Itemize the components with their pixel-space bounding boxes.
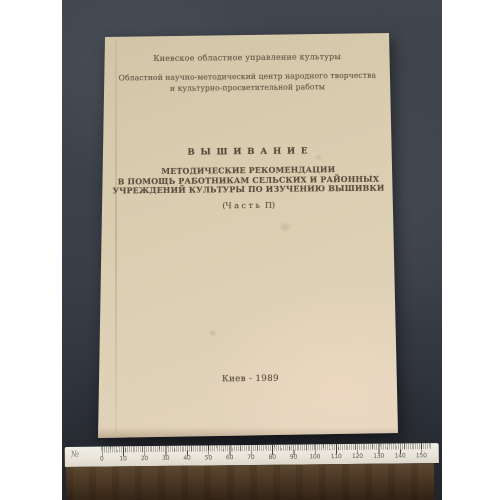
ruler-number: 10 <box>119 455 126 462</box>
booklet-title: В Ы Ш И В А Н И Е <box>97 145 399 158</box>
ruler-number: 120 <box>352 453 363 460</box>
ruler-number: 140 <box>395 452 406 459</box>
ruler-number: 0 <box>100 456 104 463</box>
subtitle-line-3: УЧРЕЖДЕНИЙ КУЛЬТУРЫ ПО ИЗУЧЕНИЮ ВЫШИВКИ <box>97 183 399 195</box>
ruler-number: 70 <box>247 454 254 461</box>
ruler-number: 90 <box>290 454 297 461</box>
ruler-number: 150 <box>416 452 427 459</box>
ruler-number: 80 <box>269 454 276 461</box>
publisher-line-3: и культурно-просветительной работы <box>96 81 398 93</box>
imprint-city-year: Киев - 1989 <box>99 372 401 385</box>
ruler-number: 30 <box>162 455 169 462</box>
ruler-number: 60 <box>226 454 233 461</box>
ruler-number: 50 <box>205 454 212 461</box>
publisher-line-1: Киевское областное управление культуры <box>96 51 398 63</box>
ruler-number: 20 <box>141 455 148 462</box>
part-label: (Ч а с т ь П) <box>98 199 400 211</box>
ruler-number: 100 <box>309 453 320 460</box>
ruler-wood-edge <box>66 463 434 500</box>
booklet-cover: Киевское областное управление культуры О… <box>98 31 400 439</box>
cover-text-block: Киевское областное управление культуры О… <box>96 29 402 440</box>
booklet-paper: Киевское областное управление культуры О… <box>98 31 400 439</box>
ruler-number: 130 <box>373 453 384 460</box>
ruler-handwritten-mark: № <box>70 449 80 460</box>
booklet-photo: Киевское областное управление культуры О… <box>62 0 442 500</box>
ruler-number: 110 <box>331 453 342 460</box>
publisher-line-2: Областной научно-методический центр наро… <box>96 70 398 82</box>
wooden-ruler: № 0102030405060708090100110120130140150 <box>65 443 440 500</box>
ruler-number: 40 <box>183 455 190 462</box>
